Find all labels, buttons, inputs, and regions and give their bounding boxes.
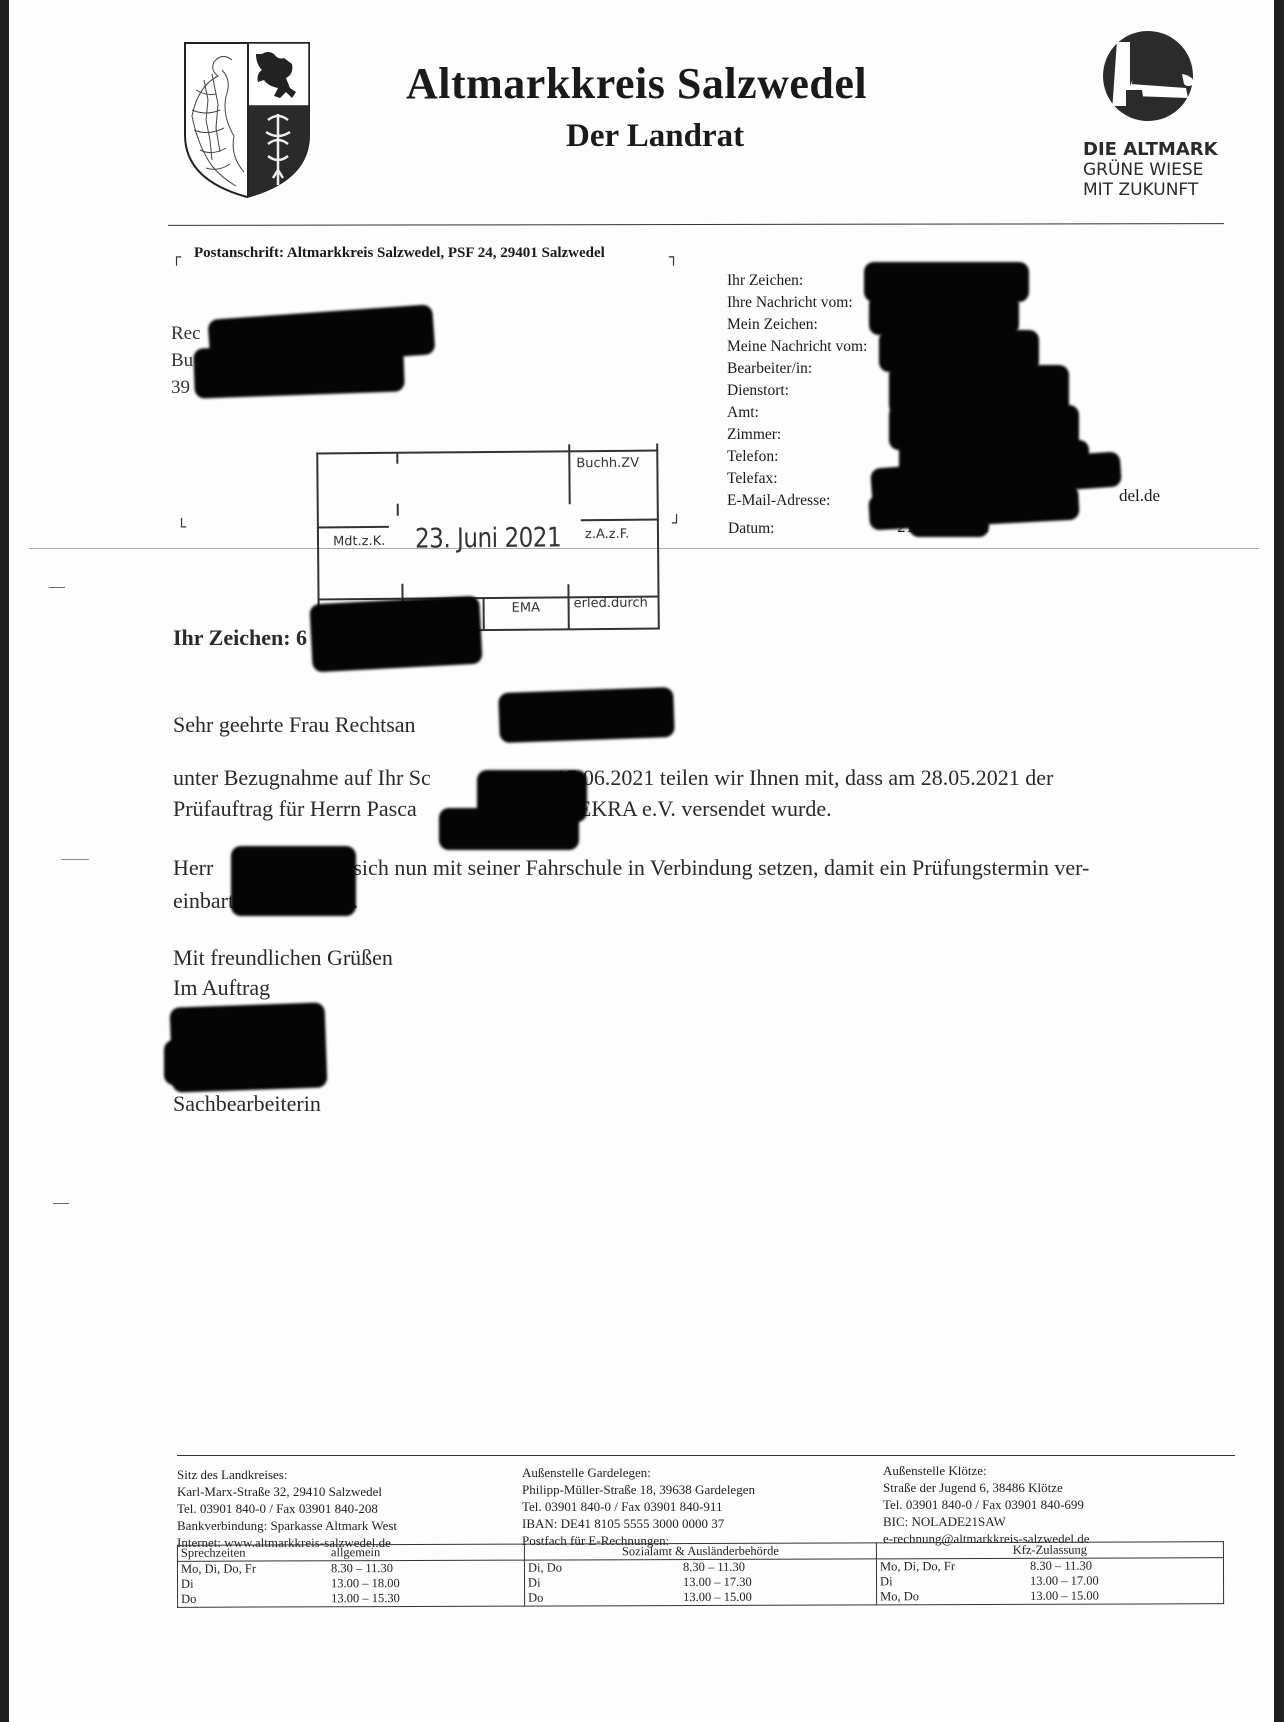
info-label: Meine Nachricht vom: (727, 336, 867, 358)
reference-value: 6 (296, 625, 307, 650)
footer-rule (177, 1455, 1235, 1456)
footer-col-kloetze: Außenstelle Klötze: Straße der Jugend 6,… (883, 1462, 1090, 1547)
hours-group: allgemein (331, 1545, 521, 1561)
footer-line: Außenstelle Gardelegen: (522, 1464, 755, 1481)
footer-line: Außenstelle Klötze: (883, 1462, 1090, 1479)
hours-days: Di (181, 1576, 331, 1592)
stamp-ema: EMA (512, 601, 540, 616)
text-segment: e DEKRA e.V. versendet wurde. (547, 796, 832, 821)
footer-line: Karl-Marx-Straße 32, 29410 Salzwedel (177, 1483, 397, 1500)
footer-line: Tel. 03901 840-0 / Fax 03901 840-911 (522, 1498, 755, 1515)
hours-days: Do (181, 1591, 331, 1607)
info-label: Telefax: (727, 468, 867, 490)
stamp-mdt-zk: Mdt.z.K. (333, 534, 385, 549)
hours-time: 13.00 – 17.00 (1030, 1573, 1220, 1589)
hours-time: 8.30 – 11.30 (1030, 1558, 1220, 1574)
info-label: Telefon: (727, 446, 867, 468)
recipient-line-2: Bu (171, 347, 193, 374)
hours-header-allgemein: Sprechzeitenallgemein (177, 1544, 524, 1561)
margin-mark (53, 1203, 69, 1204)
text-segment: unter Bezugnahme auf Ihr Sc (173, 765, 431, 790)
text-segment: s sich nun mit seiner Fahrschule in Verb… (339, 855, 1089, 880)
altmark-a-logo-icon (1096, 26, 1206, 131)
redaction-body (231, 846, 356, 916)
hours-time: 13.00 – 15.30 (331, 1591, 521, 1607)
stamp-zazf: z.A.z.F. (585, 527, 629, 542)
info-block: Ihr Zeichen: Ihre Nachricht vom: Mein Ze… (727, 270, 867, 512)
info-label: Bearbeiter/in: (727, 358, 867, 380)
logo-line-1: DIE ALTMARK (1083, 140, 1218, 160)
redaction-signature (164, 1040, 304, 1085)
hours-days: Di (528, 1575, 678, 1591)
hours-days: Di, Do (528, 1560, 678, 1576)
redaction-recipient-2 (193, 341, 405, 398)
redaction-info (869, 295, 1019, 335)
page-subtitle: Der Landrat (566, 118, 744, 155)
footer-col-main: Sitz des Landkreises: Karl-Marx-Straße 3… (177, 1466, 397, 1551)
postal-address-line: Postanschrift: Altmarkkreis Salzwedel, P… (194, 245, 605, 262)
reference-label-text: Ihr Zeichen: (173, 625, 291, 650)
hours-days: Mo, Di, Do, Fr (880, 1559, 1030, 1575)
hours-time: 13.00 – 15.00 (1030, 1588, 1220, 1604)
hours-time: 13.00 – 18.00 (331, 1576, 521, 1592)
footer-line: Sitz des Landkreises: (177, 1466, 397, 1483)
closing-line-2: Im Auftrag (173, 975, 270, 1001)
footer-line: Tel. 03901 840-0 / Fax 03901 840-208 (177, 1500, 397, 1517)
footer-line: Philipp-Müller-Straße 18, 39638 Gardeleg… (522, 1481, 755, 1498)
hours-caption: Sprechzeiten (181, 1545, 331, 1561)
footer-line: Straße der Jugend 6, 38486 Klötze (883, 1479, 1090, 1496)
page-title: Altmarkkreis Salzwedel (406, 58, 867, 109)
margin-mark (61, 859, 89, 860)
hours-header-kfz: Kfz-Zulassung (876, 1542, 1223, 1559)
info-label: Dienstort: (727, 380, 867, 402)
hours-time: 13.00 – 17.30 (683, 1574, 873, 1590)
stamp-buchh: Buchh.ZV (576, 456, 639, 472)
footer-line: Tel. 03901 840-0 / Fax 03901 840-699 (883, 1496, 1090, 1513)
hours-time: 8.30 – 11.30 (683, 1559, 873, 1575)
closing-line-1: Mit freundlichen Grüßen (173, 945, 393, 971)
text-segment: Prüfauftrag für Herrn Pasca (173, 796, 417, 821)
hours-days: Mo, Di, Do, Fr (181, 1561, 331, 1577)
coat-of-arms-icon (182, 40, 312, 205)
stamp-erled: erled.durch (574, 596, 648, 612)
window-corner-tl: ┌ (172, 248, 181, 266)
header-rule (168, 223, 1224, 226)
logo-line-2: GRÜNE WIESE (1083, 160, 1203, 180)
margin-mark (49, 587, 65, 588)
window-corner-br: ┘ (672, 514, 681, 532)
logo-line-3: MIT ZUKUNFT (1083, 180, 1198, 200)
text-segment: Herr (173, 855, 213, 880)
signer-title: Sachbearbeiterin (173, 1091, 321, 1117)
hours-days: Mo, Do (880, 1589, 1030, 1605)
paragraph-1-line-1: unter Bezugnahme auf Ihr Scvom 15.06.202… (173, 765, 1053, 791)
redaction-info (909, 515, 989, 537)
recipient-line-1: Rec (171, 320, 201, 347)
hours-header-sozialamt: Sozialamt & Ausländerbehörde (524, 1543, 876, 1560)
date-label: Datum: (728, 518, 775, 540)
office-hours-table: Sprechzeitenallgemein Sozialamt & Auslän… (177, 1541, 1224, 1608)
footer-line: IBAN: DE41 8105 5555 3000 0000 37 (522, 1515, 755, 1532)
text-segment: vom 15.06.2021 teilen wir Ihnen mit, das… (511, 765, 1054, 790)
reference-label: Ihr Zeichen: 6 (173, 625, 307, 651)
info-label: Amt: (727, 402, 867, 424)
salutation: Sehr geehrte Frau Rechtsan (173, 712, 416, 738)
window-corner-tr: ┐ (669, 248, 678, 266)
hours-days: Do (528, 1590, 678, 1606)
redaction-reference (309, 596, 482, 673)
footer-col-gardelegen: Außenstelle Gardelegen: Philipp-Müller-S… (522, 1464, 755, 1549)
hours-days: Di (880, 1574, 1030, 1590)
info-label: Zimmer: (727, 424, 867, 446)
info-label: Ihr Zeichen: (727, 270, 867, 292)
hours-time: 8.30 – 11.30 (331, 1561, 521, 1577)
recipient-line-3: 39 (171, 374, 190, 401)
redaction-salutation (498, 687, 675, 743)
info-label: E-Mail-Adresse: (727, 490, 867, 512)
email-suffix: del.de (1119, 485, 1160, 507)
hours-time: 13.00 – 15.00 (683, 1589, 873, 1605)
info-label: Mein Zeichen: (727, 314, 867, 336)
stamp-date: 23. Juni 2021 (415, 522, 561, 554)
footer-line: Bankverbindung: Sparkasse Altmark West (177, 1517, 397, 1534)
redaction-body (439, 808, 579, 850)
letter-page: Altmarkkreis Salzwedel Der Landrat DIE A… (9, 0, 1274, 1722)
window-corner-bl: └ (177, 518, 186, 536)
footer-line: BIC: NOLADE21SAW (883, 1513, 1090, 1530)
info-label: Ihre Nachricht vom: (727, 292, 867, 314)
